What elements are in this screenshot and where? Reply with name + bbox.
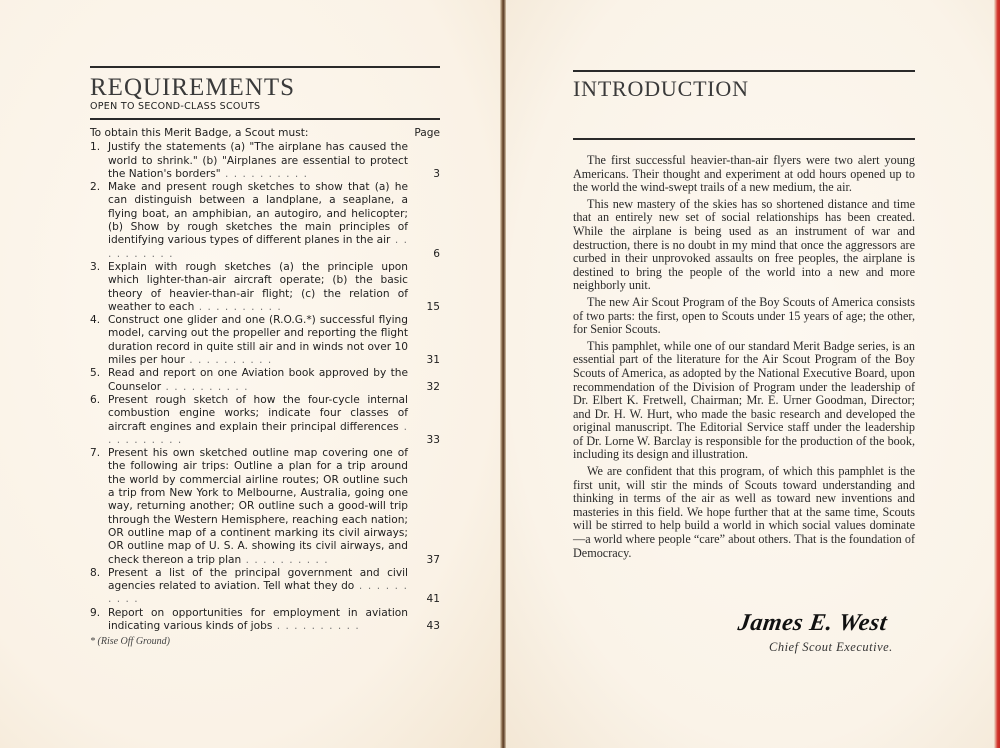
introduction-body: The first successful heavier-than-air fl… <box>573 154 915 563</box>
requirement-text: Explain with rough sketches (a) the prin… <box>108 261 408 314</box>
intro-paragraph: This new mastery of the skies has so sho… <box>573 198 915 293</box>
requirement-number: 5. <box>90 367 108 380</box>
requirements-list: To obtain this Merit Badge, a Scout must… <box>90 127 440 649</box>
requirement-number: 6. <box>90 394 108 407</box>
requirements-header: To obtain this Merit Badge, a Scout must… <box>90 127 440 140</box>
top-rule <box>90 66 440 68</box>
intro-paragraph: We are confident that this program, of w… <box>573 465 915 560</box>
requirement-item: 1. Justify the statements (a) "The airpl… <box>90 141 440 181</box>
requirement-item: 4. Construct one glider and one (R.O.G.*… <box>90 314 440 367</box>
requirement-text: Justify the statements (a) "The airplane… <box>108 141 408 181</box>
left-page: REQUIREMENTS OPEN TO SECOND-CLASS SCOUTS… <box>0 0 502 748</box>
requirement-page: 6 <box>408 248 440 261</box>
page-column-label: Page <box>414 127 440 140</box>
requirement-item: 9. Report on opportunities for employmen… <box>90 607 440 634</box>
requirement-number: 9. <box>90 607 108 620</box>
requirement-page: 31 <box>408 354 440 367</box>
intro-top-rule <box>573 70 915 72</box>
introduction-title: INTRODUCTION <box>573 76 749 102</box>
subtitle-rule <box>90 118 440 120</box>
requirements-title: REQUIREMENTS <box>90 74 295 102</box>
cover-edge <box>994 0 1000 748</box>
intro-paragraph: The first successful heavier-than-air fl… <box>573 154 915 195</box>
requirement-number: 3. <box>90 261 108 274</box>
requirement-page: 37 <box>408 554 440 567</box>
requirement-text: Present rough sketch of how the four-cyc… <box>108 394 408 447</box>
requirement-text: Construct one glider and one (R.O.G.*) s… <box>108 314 408 367</box>
requirement-text: Present a list of the principal governme… <box>108 567 408 607</box>
intro-bottom-rule <box>573 138 915 140</box>
requirement-number: 7. <box>90 447 108 460</box>
signature-title: Chief Scout Executive. <box>769 640 893 655</box>
requirement-text: Present his own sketched outline map cov… <box>108 447 408 567</box>
requirement-page: 41 <box>408 593 440 606</box>
footnote: * (Rise Off Ground) <box>90 635 440 648</box>
requirement-number: 2. <box>90 181 108 194</box>
requirement-item: 7. Present his own sketched outline map … <box>90 447 440 567</box>
requirement-page: 33 <box>408 434 440 447</box>
requirement-number: 4. <box>90 314 108 327</box>
requirement-item: 6. Present rough sketch of how the four-… <box>90 394 440 447</box>
intro-line: To obtain this Merit Badge, a Scout must… <box>90 127 308 140</box>
requirement-item: 3. Explain with rough sketches (a) the p… <box>90 261 440 314</box>
requirement-page: 3 <box>408 168 440 181</box>
requirement-item: 8. Present a list of the principal gover… <box>90 567 440 607</box>
requirement-text: Read and report on one Aviation book app… <box>108 367 408 394</box>
requirement-text: Report on opportunities for employment i… <box>108 607 408 634</box>
requirement-page: 43 <box>408 620 440 633</box>
requirement-page: 32 <box>408 381 440 394</box>
signature: James E. West <box>736 610 889 637</box>
requirement-item: 5. Read and report on one Aviation book … <box>90 367 440 394</box>
intro-paragraph: The new Air Scout Program of the Boy Sco… <box>573 296 915 337</box>
intro-paragraph: This pamphlet, while one of our standard… <box>573 340 915 462</box>
requirement-text: Make and present rough sketches to show … <box>108 181 408 261</box>
requirement-number: 8. <box>90 567 108 580</box>
requirement-page: 15 <box>408 301 440 314</box>
booklet-spread: REQUIREMENTS OPEN TO SECOND-CLASS SCOUTS… <box>0 0 1000 748</box>
requirement-item: 2. Make and present rough sketches to sh… <box>90 181 440 261</box>
requirement-number: 1. <box>90 141 108 154</box>
requirements-subtitle: OPEN TO SECOND-CLASS SCOUTS <box>90 101 260 112</box>
